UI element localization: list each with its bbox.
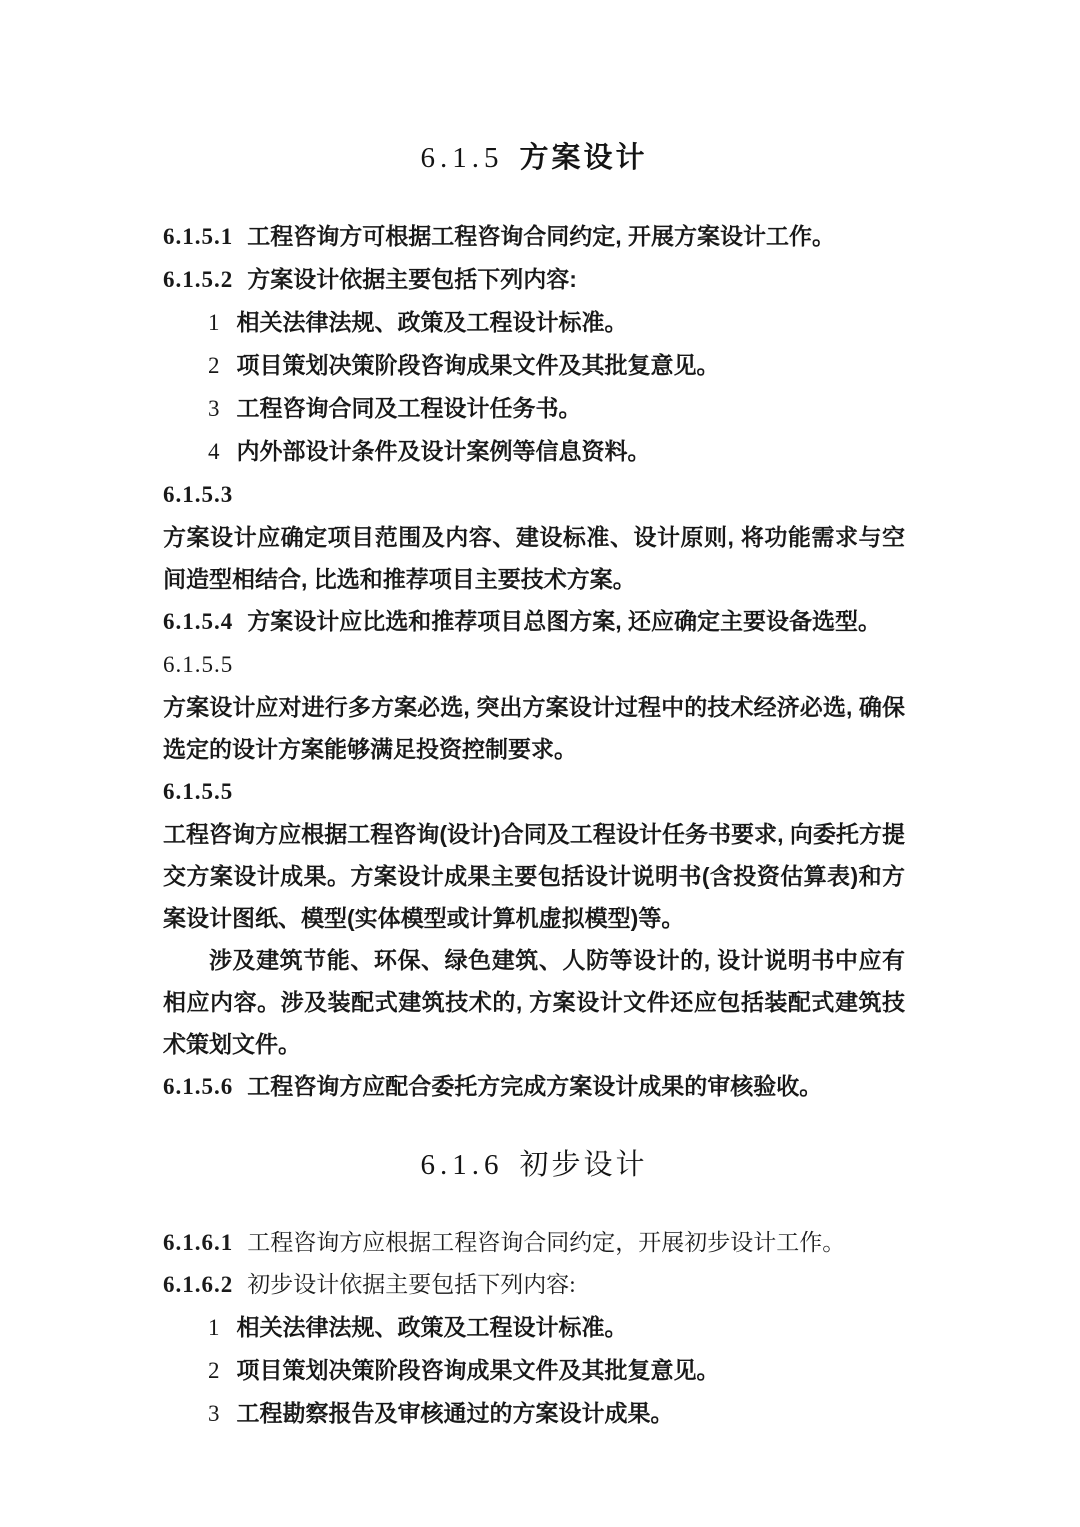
clause-text: 工程咨询方应配合委托方完成方案设计成果的审核验收。 [247,1073,822,1099]
section-heading-title: 方案设计 [519,142,647,174]
clause-6-1-5-4: 6.1.5.4方案设计应比选和推荐项目总图方案, 还应确定主要设备选型。 [163,600,905,643]
clause-6-1-5-6: 6.1.5.6工程咨询方应配合委托方完成方案设计成果的审核验收。 [163,1065,905,1108]
clause-design-notes: 涉及建筑节能、环保、绿色建筑、人防等设计的, 设计说明书中应有相应内容。涉及装配… [163,939,905,1065]
item-text: 相关法律法规、政策及工程设计标准。 [237,309,628,335]
item-text: 项目策划决策阶段咨询成果文件及其批复意见。 [237,1357,720,1383]
clause-6-1-6-2: 6.1.6.2初步设计依据主要包括下列内容: [163,1264,905,1306]
clause-6-1-5-5-label: 6.1.5.5 [163,643,905,686]
clause-text: 工程咨询方应根据工程咨询合同约定，开展初步设计工作。 [247,1230,845,1255]
clause-6-1-6-1: 6.1.6.1工程咨询方应根据工程咨询合同约定，开展初步设计工作。 [163,1222,905,1264]
clause-text: 方案设计应对进行多方案必选, 突出方案设计过程中的技术经济必选, 确保选定的设计… [163,694,905,762]
clause-label: 6.1.6.2 [163,1272,233,1297]
list-item-1: 1相关法律法规、政策及工程设计标准。 [163,301,905,344]
clause-6-1-5-5b-label: 6.1.5.5 [163,770,905,813]
list-item-3: 3工程勘察报告及审核通过的方案设计成果。 [163,1392,905,1435]
item-number: 4 [208,439,220,464]
clause-6-1-5-3-body: 方案设计应确定项目范围及内容、建设标准、设计原则, 将功能需求与空间造型相结合,… [163,516,905,600]
item-number: 1 [208,1315,220,1340]
list-item-2: 2项目策划决策阶段咨询成果文件及其批复意见。 [163,1349,905,1392]
clause-label: 6.1.5.5 [163,652,233,677]
section-heading: 6.1.6初步设计 [163,1143,905,1187]
clause-text: 初步设计依据主要包括下列内容: [247,1272,575,1297]
clause-label: 6.1.5.5 [163,779,233,804]
clause-text: 涉及建筑节能、环保、绿色建筑、人防等设计的, 设计说明书中应有相应内容。涉及装配… [163,947,905,1057]
list-item-1: 1相关法律法规、政策及工程设计标准。 [163,1306,905,1349]
clause-label: 6.1.5.6 [163,1074,233,1099]
clause-text: 工程咨询方可根据工程咨询合同约定, 开展方案设计工作。 [247,223,835,249]
clause-6-1-5-1: 6.1.5.1工程咨询方可根据工程咨询合同约定, 开展方案设计工作。 [163,215,905,258]
item-text: 项目策划决策阶段咨询成果文件及其批复意见。 [237,352,720,378]
clause-text: 方案设计应比选和推荐项目总图方案, 还应确定主要设备选型。 [247,608,881,634]
clause-text: 工程咨询方应根据工程咨询(设计)合同及工程设计任务书要求, 向委托方提交方案设计… [163,821,905,931]
item-number: 1 [208,310,220,335]
clause-label: 6.1.5.1 [163,224,233,249]
item-number: 3 [208,396,220,421]
list-item-3: 3工程咨询合同及工程设计任务书。 [163,387,905,430]
section-heading-title: 初步设计 [519,1149,647,1181]
clause-6-1-5-5b-body: 工程咨询方应根据工程咨询(设计)合同及工程设计任务书要求, 向委托方提交方案设计… [163,813,905,939]
section-heading-number: 6.1.5 [420,142,503,174]
clause-6-1-5-2: 6.1.5.2方案设计依据主要包括下列内容: [163,258,905,301]
clause-6-1-5-5-body: 方案设计应对进行多方案必选, 突出方案设计过程中的技术经济必选, 确保选定的设计… [163,686,905,770]
section-6-1-5: 6.1.5方案设计 6.1.5.1工程咨询方可根据工程咨询合同约定, 开展方案设… [163,136,905,1108]
section-heading-number: 6.1.6 [420,1149,503,1181]
item-number: 2 [208,1358,220,1383]
item-text: 工程咨询合同及工程设计任务书。 [237,395,582,421]
clause-text: 方案设计应确定项目范围及内容、建设标准、设计原则, 将功能需求与空间造型相结合,… [163,524,905,592]
clause-6-1-5-3-label: 6.1.5.3 [163,473,905,516]
clause-label: 6.1.5.2 [163,267,233,292]
clause-text: 方案设计依据主要包括下列内容: [247,266,577,292]
item-text: 内外部设计条件及设计案例等信息资料。 [237,438,651,464]
section-heading: 6.1.5方案设计 [163,136,905,180]
item-text: 相关法律法规、政策及工程设计标准。 [237,1314,628,1340]
clause-label: 6.1.5.4 [163,609,233,634]
item-text: 工程勘察报告及审核通过的方案设计成果。 [237,1400,674,1426]
clause-label: 6.1.6.1 [163,1230,233,1255]
list-item-4: 4内外部设计条件及设计案例等信息资料。 [163,430,905,473]
list-item-2: 2项目策划决策阶段咨询成果文件及其批复意见。 [163,344,905,387]
section-6-1-6: 6.1.6初步设计 6.1.6.1工程咨询方应根据工程咨询合同约定，开展初步设计… [163,1143,905,1435]
item-number: 2 [208,353,220,378]
item-number: 3 [208,1401,220,1426]
document-page: 6.1.5方案设计 6.1.5.1工程咨询方可根据工程咨询合同约定, 开展方案设… [0,0,1080,1527]
clause-label: 6.1.5.3 [163,482,233,507]
